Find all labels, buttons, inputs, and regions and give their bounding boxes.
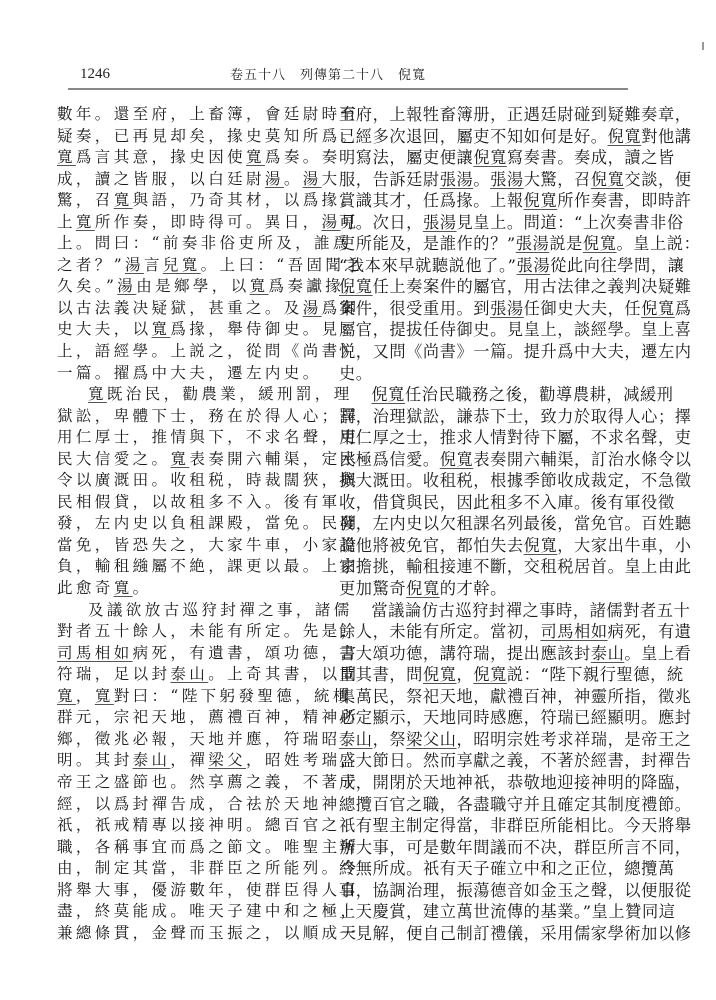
text-segment: 餘人，未能有所定。當初，: [339, 622, 540, 641]
proper-name: 張湯: [517, 256, 551, 275]
text-segment: 表奏開六輔渠，訂治水條令以: [473, 450, 691, 469]
text-segment: 明寫法，屬吏便讓: [339, 148, 473, 167]
text-segment: 民極爲信愛。: [339, 450, 440, 469]
text-segment: ，: [76, 687, 95, 705]
text-segment: 任治民職務之後，勸導農耕，减緩刑: [405, 385, 674, 404]
proper-name: 倪寬: [641, 299, 675, 318]
text-line: 成，開閉於天地神祇，恭敬地迎接神明的降臨，: [339, 772, 635, 794]
text-segment: 書大頌功德，講符瑞，提出應該封: [339, 644, 591, 663]
proper-name: 張湯: [423, 213, 457, 232]
text-segment: 數年。還至府，上畜簿，會廷尉時有: [57, 105, 359, 123]
text-line: 發，左内史以欠租課名列最後，當免官。百姓聽: [339, 513, 635, 535]
text-segment: 爲奏。奏: [265, 148, 341, 166]
text-line: 事，協調治理，振蕩德音如金玉之聲，以便服從: [339, 880, 635, 902]
proper-name: 倪寬: [440, 450, 474, 469]
text-segment: ，: [457, 665, 474, 684]
right-column-translation: 至府，上報牲畜簿册，正遇廷尉碰到疑難奏章，已經多次退回，屬吏不知如何是好。倪寬對…: [339, 104, 635, 944]
text-segment: “我本來早就聽説他了。”: [339, 256, 517, 275]
text-segment: 病死，有遺: [608, 622, 692, 641]
text-line: 當議論仿古巡狩封禪之事時，諸儒對者五十: [339, 600, 635, 622]
text-segment: 用仁厚士，推情與下，不求名聲，吏: [57, 428, 359, 446]
proper-name: 湯: [117, 277, 136, 295]
proper-name: 倪寬: [423, 665, 457, 684]
text-segment: 帝王之盛節也。然享薦之義，不著于: [57, 773, 359, 791]
text-line: 發，左内史以負租課殿，當免。民聞: [57, 513, 323, 535]
text-line: 上，語經學。上説之，從問《尚書》: [57, 341, 323, 363]
text-segment: 發，左内史以負租課殿，當免。民聞: [57, 514, 359, 532]
text-segment: 大驚，召: [524, 170, 591, 189]
text-line: 寬，寬對曰：“陛下躬發聖德，統楫: [57, 686, 323, 708]
proper-name: 倪寬: [583, 234, 617, 253]
text-segment: 疑奏，已再見却矣，掾史莫知所爲。: [57, 127, 359, 145]
proper-name: 寬: [170, 450, 189, 468]
text-line: 將舉大事，優游數年，使群臣得人自: [57, 880, 323, 902]
text-segment: 總攬百官之職，各盡職守并且確定其制度禮節。: [339, 795, 692, 814]
text-segment: 史大夫，以: [57, 320, 152, 338]
text-segment: 上天慶賞，建立萬世流傳的基業。”皇上贊同這: [339, 902, 676, 921]
text-segment: 驚，召: [57, 191, 114, 209]
text-line: 用仁厚士，推情與下，不求名聲，吏: [57, 427, 323, 449]
text-segment: ，大家出牛車，小: [557, 536, 691, 555]
proper-name: 倪寬: [591, 170, 625, 189]
text-segment: 爲掾，舉侍御史。見: [170, 320, 340, 338]
text-line: 更加驚奇倪寬的才幹。: [339, 578, 635, 600]
text-segment: 祇，祇戒精專以接神明。總百官之: [57, 816, 341, 834]
text-segment: 大: [322, 170, 341, 188]
text-segment: 集萬民，祭祀天地，獻禮百神，神靈所指，徵兆: [339, 687, 692, 706]
proper-name: 倪寬: [406, 579, 440, 598]
proper-name: 司馬相如: [57, 644, 133, 662]
text-line: 賞識其才，任爲掾。上報倪寬所作奏書，即時許: [339, 190, 635, 212]
text-segment: 符瑞，足以封: [57, 665, 170, 683]
text-segment: 。上奇其書，以問: [208, 665, 359, 683]
text-line: 辦大事，可是數年間議而不决，群臣所言不同，: [339, 837, 635, 859]
text-segment: 以古法義决疑獄，甚重之。及: [57, 299, 303, 317]
text-segment: 由是鄉學，以: [136, 277, 249, 295]
text-line: 之者？”湯言兒寬。上曰：“吾固聞之: [57, 255, 323, 277]
text-line: 集萬民，祭祀天地，獻禮百神，神靈所指，徵兆: [339, 686, 635, 708]
text-segment: 對曰：“陛下躬發聖德，統楫: [114, 687, 352, 705]
page-number: 1246: [80, 66, 110, 83]
text-segment: 。: [473, 170, 490, 189]
text-segment: 獄訟，卑體下士，務在於得人心；擇: [57, 407, 359, 425]
text-segment: 用仁厚之士，推求人情對待下屬，不求名聲，吏: [339, 428, 692, 447]
text-line: 倪寬任治民職務之後，勸導農耕，减緩刑: [339, 384, 635, 406]
text-line: 成，讀之皆服，以白廷尉湯。湯大: [57, 169, 323, 191]
text-line: 已經多次退回，屬吏不知如何是好。倪寬對他講: [339, 126, 635, 148]
text-segment: 。皇上看: [624, 644, 691, 663]
proper-name: 寬: [95, 687, 114, 705]
text-line: 屬官，提拔任侍御史。見皇上，談經學。皇上喜: [339, 319, 635, 341]
text-segment: 重其書，問: [339, 665, 423, 684]
text-segment: 交談，便: [624, 170, 691, 189]
text-segment: 及議欲放古巡狩封禪之事，諸儒: [88, 601, 353, 619]
text-segment: 爲: [675, 299, 692, 318]
text-segment: 任上奏案件的屬官，用古法律之義判决疑難: [373, 277, 692, 296]
text-segment: 民大信愛之。: [57, 450, 170, 468]
text-segment: 表奏開六輔渠，定水: [189, 450, 359, 468]
text-line: 符瑞，足以封泰山。上奇其書，以問: [57, 664, 323, 686]
text-line: 司馬相如病死，有遺書，頌功德，言: [57, 643, 323, 665]
text-segment: 此愈奇: [57, 579, 114, 597]
text-segment: 成，讀之皆服，以白廷尉: [57, 170, 265, 188]
text-line: 由，制定其當，非群臣之所能列。今: [57, 858, 323, 880]
text-line: 寬爲言其意，掾史因使寬爲奏。奏: [57, 147, 323, 169]
proper-name: 泰山: [339, 730, 373, 749]
text-line: 終無所成。祇有天子確立中和之正位，總攬萬: [339, 858, 635, 880]
text-line: 群元，宗祀天地，薦禮百神，精神所: [57, 707, 323, 729]
text-segment: 之者？”: [57, 256, 125, 274]
text-segment: 説是: [549, 234, 583, 253]
proper-name: 倪寬: [371, 385, 405, 404]
text-segment: 對他講: [641, 127, 691, 146]
proper-name: 泰山: [170, 665, 208, 683]
text-line: “我本來早就聽説他了。”張湯從此向往學問，讓: [339, 255, 635, 277]
text-line: 及議欲放古巡狩封禪之事，諸儒: [57, 600, 323, 622]
text-line: 明。其封泰山，禪梁父，昭姓考瑞，: [57, 750, 323, 772]
text-line: 家擔挑，輸租接連不斷，交租税居首。皇上由此: [339, 556, 635, 578]
proper-name: 寬: [152, 320, 171, 338]
proper-name: 梁父山: [406, 730, 456, 749]
text-segment: 經，以爲封禪告成，合祛於天地神: [57, 795, 341, 813]
text-segment: 必定顯示，天地同時感應，符瑞已經顯明。應封: [339, 708, 692, 727]
text-line: 書大頌功德，講符瑞，提出應該封泰山。皇上看: [339, 643, 635, 665]
text-segment: 兼總條貫，金聲而玉振之，以順成天: [57, 924, 359, 942]
text-line: 説他將被免官，都怕失去倪寬，大家出牛車，小: [339, 535, 635, 557]
text-segment: 。皇上説：: [616, 234, 700, 253]
scan-edge-mark: [702, 42, 704, 50]
text-segment: 見皇上。問道：“上次奏書非俗: [457, 213, 684, 232]
text-segment: 盛大節日。然而享獻之義，不著於經書，封禪告: [339, 751, 692, 770]
text-line: 以古法義决疑獄，甚重之。及湯爲御: [57, 298, 323, 320]
text-segment: 發，左内史以欠租課名列最後，當免官。百姓聽: [339, 514, 692, 533]
text-segment: 更加驚奇: [339, 579, 406, 598]
text-segment: 負，輸租繈屬不絶，課更以最。上由: [57, 557, 359, 575]
text-line: 寬既治民，勸農業，緩刑罰，理: [57, 384, 323, 406]
text-line: 吏所能及，是誰作的？”張湯説是倪寬。皇上説：: [339, 233, 635, 255]
text-segment: 令以廣溉田。收租税，時裁闊狹，與: [57, 471, 359, 489]
text-segment: 家擔挑，輸租接連不斷，交租税居首。皇上由此: [339, 557, 692, 576]
text-line: 盡，終莫能成。唯天子建中和之極，: [57, 901, 323, 923]
proper-name: 倪寬: [524, 536, 558, 555]
text-segment: 盡，終莫能成。唯天子建中和之極，: [57, 902, 359, 920]
text-line: 獄訟，卑體下士，務在於得人心；擇: [57, 406, 323, 428]
text-line: 案件，很受重用。到張湯任御史大夫，任倪寬爲: [339, 298, 635, 320]
text-line: 疑奏，已再見却矣，掾史莫知所爲。: [57, 126, 323, 148]
text-line: 罰，治理獄訟，謙恭下士，致力於取得人心；擇: [339, 406, 635, 428]
text-line: 兼總條貫，金聲而玉振之，以順成天: [57, 923, 323, 945]
text-segment: 職，各稱事宜而爲之節文。唯聖主所: [57, 838, 359, 856]
text-line: 負，輸租繈屬不絶，課更以最。上由: [57, 556, 323, 578]
text-line: 史。: [339, 363, 635, 385]
text-segment: 收，借貸與民，因此租多不入庫。後有軍役徵: [339, 493, 675, 512]
text-segment: 屬官，提拔任侍御史。見皇上，談經學。皇上喜: [339, 320, 692, 339]
proper-name: 倪寬: [524, 191, 558, 210]
proper-name: 湯: [265, 170, 284, 188]
proper-name: 湯: [303, 170, 322, 188]
text-segment: 悦，又問《尚書》一篇。提升爲中大夫，遷左内: [339, 342, 692, 361]
text-segment: ，禪: [170, 751, 208, 769]
text-segment: ，昭明宗姓考求祥瑞，是帝王之: [457, 730, 692, 749]
text-line: 必定顯示，天地同時感應，符瑞已經顯明。應封: [339, 707, 635, 729]
text-line: 上天慶賞，建立萬世流傳的基業。”皇上贊同這: [339, 901, 635, 923]
proper-name: 倪寬: [473, 665, 507, 684]
text-line: 民極爲信愛。倪寬表奏開六輔渠，訂治水條令以: [339, 449, 635, 471]
text-segment: 鄉，徵兆必報，天地并應，符瑞昭: [57, 730, 341, 748]
text-segment: 言: [144, 256, 163, 274]
text-line: 民大信愛之。寬表奏開六輔渠，定水: [57, 449, 323, 471]
proper-name: 倪寬: [473, 148, 507, 167]
text-line: 驚，召寬與語，乃奇其材，以爲掾。: [57, 190, 323, 212]
text-line: 服，告訴廷尉張湯。張湯大驚，召倪寬交談，便: [339, 169, 635, 191]
text-segment: 爲言其意，掾史因使: [76, 148, 246, 166]
text-segment: 成，開閉於天地神祇，恭敬地迎接神明的降臨，: [339, 773, 692, 792]
proper-name: 寬: [246, 148, 265, 166]
text-line: 悦，又問《尚書》一篇。提升爲中大夫，遷左内: [339, 341, 635, 363]
proper-name: 寬: [88, 385, 107, 403]
proper-name: 兒寬: [163, 256, 201, 274]
text-line: 上。問曰：“前奏非俗吏所及，誰爲: [57, 233, 323, 255]
header-rule: [68, 88, 628, 90]
text-line: 當免，皆恐失之，大家牛車，小家擔: [57, 535, 323, 557]
proper-name: 湯: [125, 256, 144, 274]
text-segment: 辦大事，可是數年間議而不决，群臣所言不同，: [339, 838, 692, 857]
text-segment: 由，制定其當，非群臣之所能列。今: [57, 859, 359, 877]
proper-name: 梁父: [208, 751, 246, 769]
text-line: 鄉，徵兆必報，天地并應，符瑞昭: [57, 729, 323, 751]
text-segment: 與語，乃奇其材，以爲掾。: [133, 191, 360, 209]
text-line: 盛大節日。然而享獻之義，不著於經書，封禪告: [339, 750, 635, 772]
proper-name: 倪寬: [608, 127, 642, 146]
text-line: 泰山，祭梁父山，昭明宗姓考求祥瑞，是帝王之: [339, 729, 635, 751]
text-line: 職，各稱事宜而爲之節文。唯聖主所: [57, 837, 323, 859]
proper-name: 湯: [322, 213, 341, 231]
text-line: 收，借貸與民，因此租多不入庫。後有軍役徵: [339, 492, 635, 514]
text-line: 用仁厚之士，推求人情對待下屬，不求名聲，吏: [339, 427, 635, 449]
text-line: 此愈奇寬。: [57, 578, 323, 600]
text-line: 民相假貸，以故租多不入。後有軍: [57, 492, 323, 514]
text-line: 一見解，便自己制訂禮儀，采用儒家學術加以修: [339, 923, 635, 945]
text-line: 經，以爲封禪告成，合祛於天地神: [57, 794, 323, 816]
text-segment: 祇有聖主制定得當，非群臣所能相比。今天將舉: [339, 816, 692, 835]
proper-name: 湯: [303, 299, 322, 317]
text-segment: 説他將被免官，都怕失去: [339, 536, 524, 555]
text-line: 對者五十餘人，未能有所定。先是，: [57, 621, 323, 643]
text-line: 帝王之盛節也。然享薦之義，不著于: [57, 772, 323, 794]
book-page: 1246 卷五十八 列傳第二十八 倪寬 數年。還至府，上畜簿，會廷尉時有疑奏，已…: [0, 0, 716, 1000]
text-segment: 既治民，勸農業，緩刑罰，理: [107, 385, 353, 403]
text-segment: 當免，皆恐失之，大家牛車，小家擔: [57, 536, 359, 554]
proper-name: 寬: [114, 579, 133, 597]
proper-name: 倪寬: [339, 277, 373, 296]
text-line: 餘人，未能有所定。當初，司馬相如病死，有遺: [339, 621, 635, 643]
text-segment: 將舉大事，優游數年，使群臣得人自: [57, 881, 359, 899]
text-segment: 一篇。擢爲中大夫，遷左内史。: [57, 364, 322, 382]
text-segment: 對者五十餘人，未能有所定。先是，: [57, 622, 359, 640]
proper-name: 泰山: [133, 751, 171, 769]
text-line: 令以廣溉田。收租税，時裁闊狹，與: [57, 470, 323, 492]
text-segment: 任御史大夫，任: [524, 299, 642, 318]
text-segment: 已經多次退回，屬吏不知如何是好。: [339, 127, 608, 146]
text-line: 明寫法，屬吏便讓倪寬寫奏書。奏成，讀之皆: [339, 147, 635, 169]
text-segment: 上: [57, 213, 76, 231]
text-line: 至府，上報牲畜簿册，正遇廷尉碰到疑難奏章，: [339, 104, 635, 126]
text-segment: 終無所成。祇有天子確立中和之正位，總攬萬: [339, 859, 675, 878]
proper-name: 張湯: [490, 299, 524, 318]
text-segment: 可。次日，: [339, 213, 423, 232]
left-column-classical-text: 數年。還至府，上畜簿，會廷尉時有疑奏，已再見却矣，掾史莫知所爲。寬爲言其意，掾史…: [57, 104, 323, 944]
text-segment: 吏所能及，是誰作的？”: [339, 234, 516, 253]
text-line: 祇有聖主制定得當，非群臣所能相比。今天將舉: [339, 815, 635, 837]
text-segment: 病死，有遺書，頌功德，言: [133, 644, 360, 662]
text-segment: 擴大溉田。收租税，根據季節收成裁定，不急徵: [339, 471, 692, 490]
proper-name: 寬: [57, 687, 76, 705]
text-segment: 一見解，便自己制訂禮儀，采用儒家學術加以修: [339, 924, 692, 943]
text-line: 上寬所作奏，即時得可。異日，湯見: [57, 212, 323, 234]
text-segment: 從此向往學問，讓: [550, 256, 684, 275]
proper-name: 寬: [76, 213, 95, 231]
proper-name: 司馬相如: [540, 622, 607, 641]
text-segment: 。: [133, 579, 152, 597]
text-line: 久矣。”湯由是鄉學，以寬爲奏讞掾，: [57, 276, 323, 298]
text-segment: 服，告訴廷尉: [339, 170, 440, 189]
running-head: 卷五十八 列傳第二十八 倪寬: [230, 64, 590, 83]
text-segment: 史。: [339, 364, 373, 383]
text-segment: 上，語經學。上説之，從問《尚書》: [57, 342, 359, 360]
text-segment: ，祭: [373, 730, 407, 749]
text-line: 數年。還至府，上畜簿，會廷尉時有: [57, 104, 323, 126]
proper-name: 張湯: [440, 170, 474, 189]
text-line: 擴大溉田。收租税，根據季節收成裁定，不急徵: [339, 470, 635, 492]
text-segment: 民相假貸，以故租多不入。後有軍: [57, 493, 341, 511]
text-segment: 案件，很受重用。到: [339, 299, 490, 318]
proper-name: 張湯: [516, 234, 550, 253]
text-segment: 寫奏書。奏成，讀之皆: [507, 148, 675, 167]
text-line: 祇，祇戒精專以接神明。總百官之: [57, 815, 323, 837]
text-segment: 説：“陛下親行聖德，統: [507, 665, 684, 684]
text-segment: 群元，宗祀天地，薦禮百神，精神所: [57, 708, 359, 726]
text-segment: 當議論仿古巡狩封禪之事時，諸儒對者五十: [371, 601, 690, 620]
text-segment: 至府，上報牲畜簿册，正遇廷尉碰到疑難奏章，: [339, 105, 692, 124]
text-line: 倪寬任上奏案件的屬官，用古法律之義判决疑難: [339, 276, 635, 298]
text-segment: 久矣。”: [57, 277, 117, 295]
text-segment: 罰，治理獄訟，謙恭下士，致力於取得人心；擇: [339, 407, 692, 426]
text-segment: 。: [284, 170, 303, 188]
text-line: 史大夫，以寬爲掾，舉侍御史。見: [57, 319, 323, 341]
text-line: 重其書，問倪寬，倪寬説：“陛下親行聖德，統: [339, 664, 635, 686]
text-segment: 事，協調治理，振蕩德音如金玉之聲，以便服從: [339, 881, 692, 900]
proper-name: 張湯: [490, 170, 524, 189]
text-segment: 上。問曰：“前奏非俗吏所及，誰爲: [57, 234, 352, 252]
text-segment: 賞識其才，任爲掾。上報: [339, 191, 524, 210]
proper-name: 寬: [114, 191, 133, 209]
proper-name: 寬: [250, 277, 269, 295]
proper-name: 泰山: [591, 644, 625, 663]
proper-name: 寬: [57, 148, 76, 166]
text-line: 一篇。擢爲中大夫，遷左内史。: [57, 363, 323, 385]
text-segment: 所作奏，即時得可。異日，: [95, 213, 322, 231]
text-segment: 明。其封: [57, 751, 133, 769]
text-line: 可。次日，張湯見皇上。問道：“上次奏書非俗: [339, 212, 635, 234]
text-line: 總攬百官之職，各盡職守并且確定其制度禮節。: [339, 794, 635, 816]
text-segment: 所作奏書，即時許: [557, 191, 691, 210]
text-segment: 的才幹。: [440, 579, 507, 598]
